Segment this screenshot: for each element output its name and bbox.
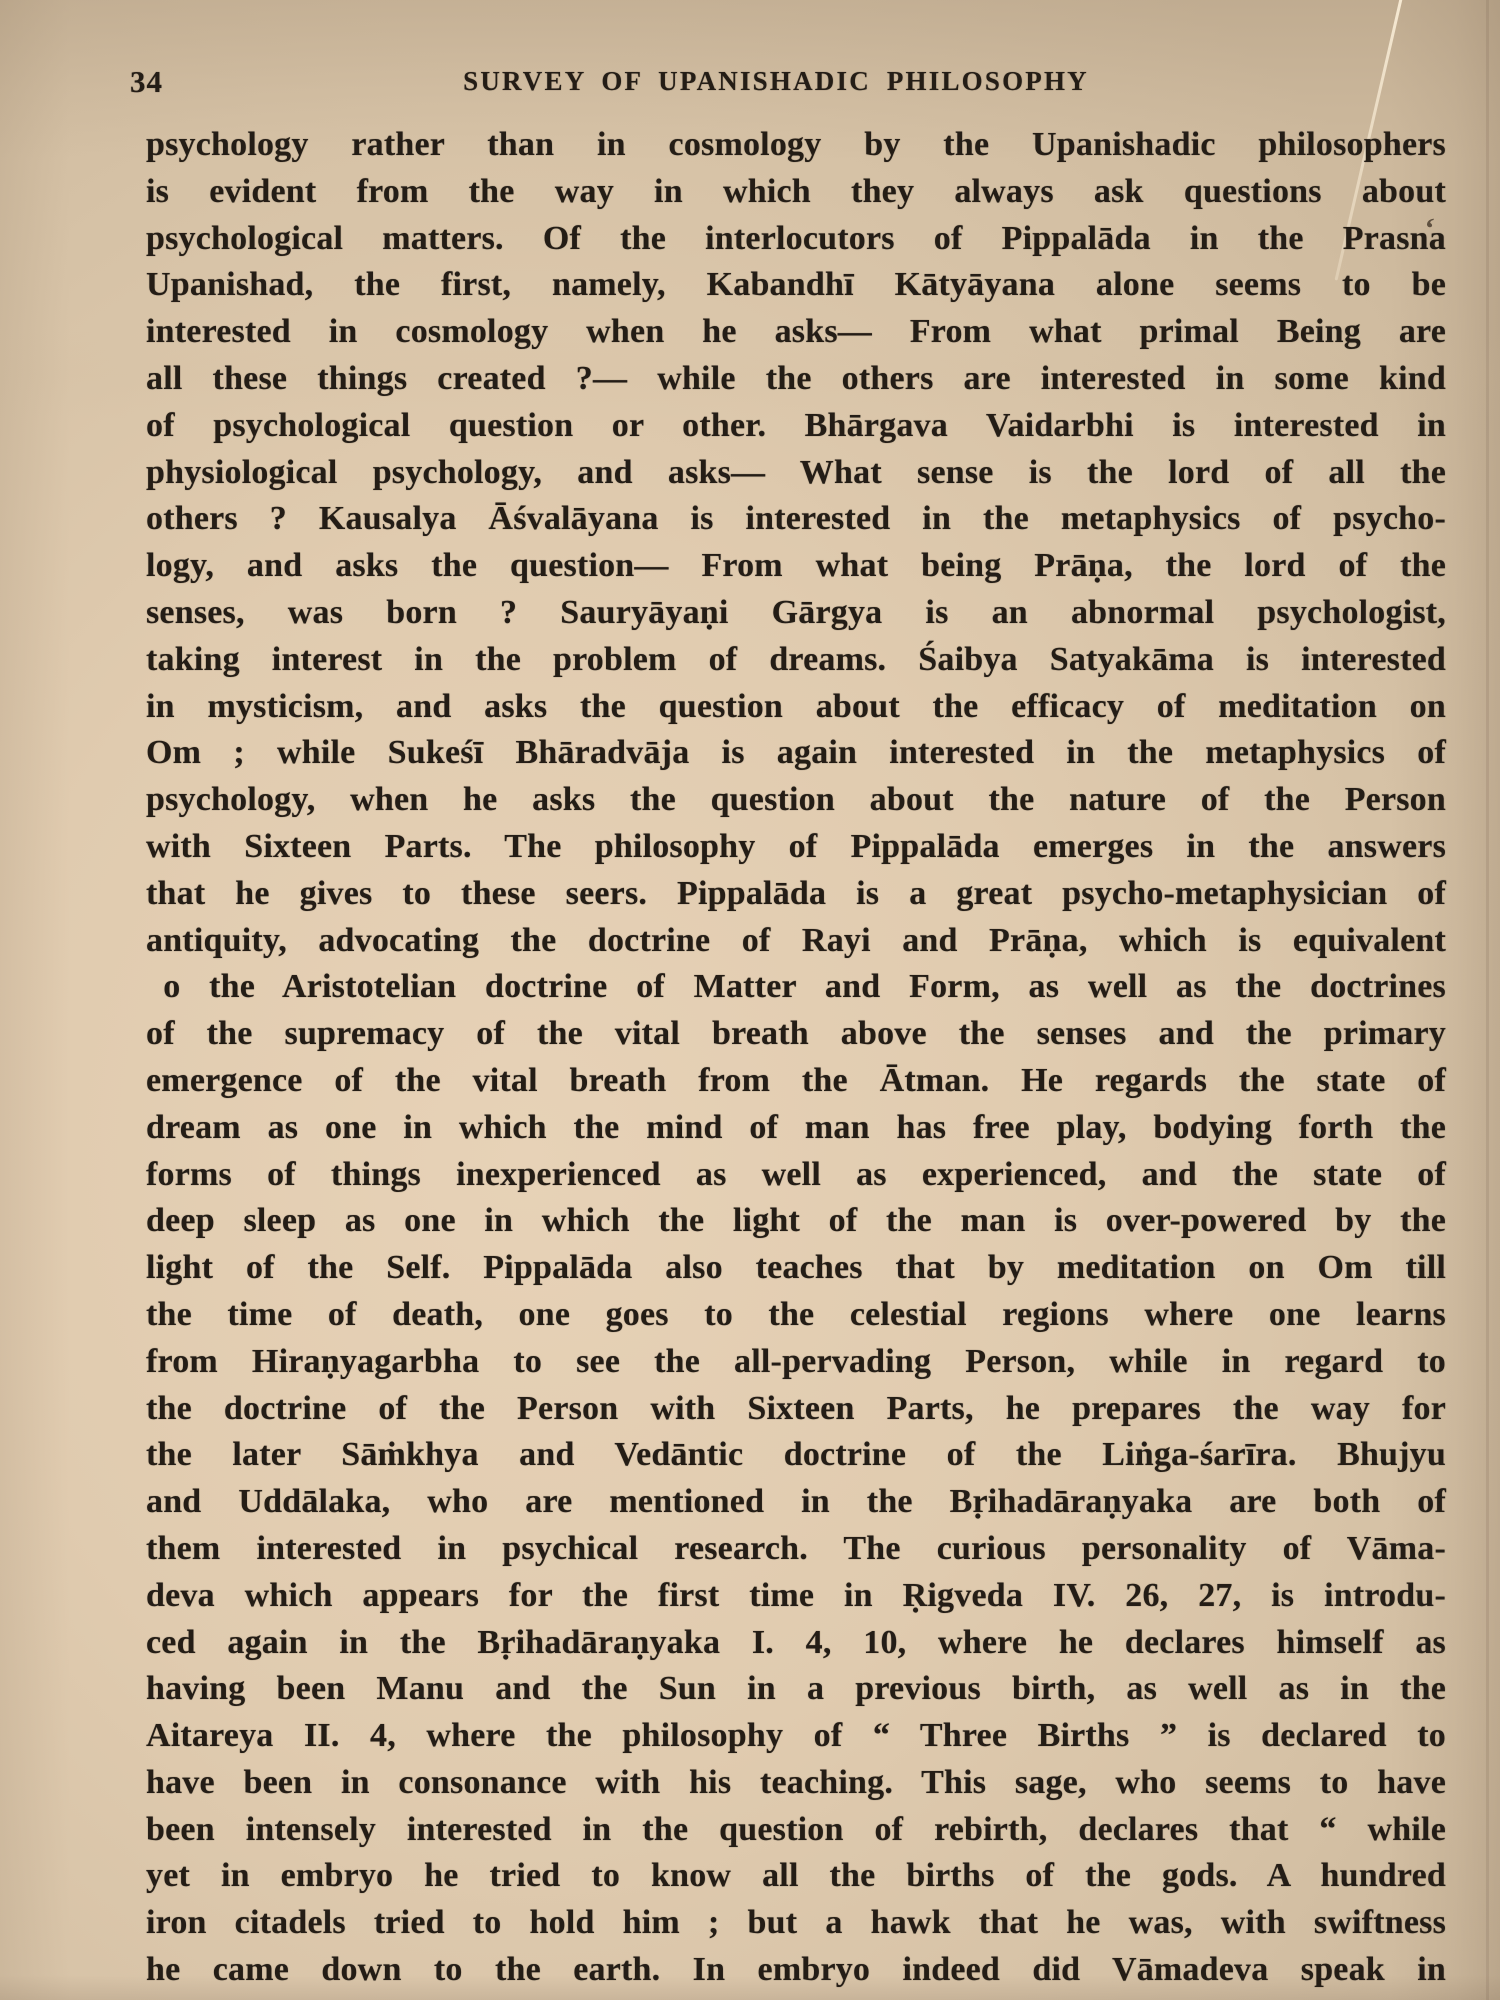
text-line: of the supremacy of the vital breath abo…	[146, 1011, 1446, 1058]
scanned-book-page: ʻ 34 SURVEY OF UPANISHADIC PHILOSOPHY ps…	[0, 0, 1500, 2000]
text-line: Upanishad, the first, namely, Kabandhī K…	[146, 262, 1446, 309]
text-line: Om ; while Sukeśī Bhāradvāja is again in…	[146, 730, 1446, 777]
text-line: psychology, when he asks the question ab…	[146, 777, 1446, 824]
text-line: of psychological question or other. Bhār…	[146, 403, 1446, 450]
text-line: deep sleep as one in which the light of …	[146, 1198, 1446, 1245]
text-line: is evident from the way in which they al…	[146, 169, 1446, 216]
text-line: forms of things inexperienced as well as…	[146, 1152, 1446, 1199]
text-line: emergence of the vital breath from the Ā…	[146, 1058, 1446, 1105]
text-line: interested in cosmology when he asks— Fr…	[146, 309, 1446, 356]
text-line: them interested in psychical research. T…	[146, 1526, 1446, 1573]
text-line: have been in consonance with his teachin…	[146, 1760, 1446, 1807]
text-line: with Sixteen Parts. The philosophy of Pi…	[146, 824, 1446, 871]
text-line: iron citadels tried to hold him ; but a …	[146, 1900, 1446, 1947]
text-line: taking interest in the problem of dreams…	[146, 637, 1446, 684]
text-line: ced again in the Bṛihadāraṇyaka I. 4, 10…	[146, 1620, 1446, 1667]
text-line: from Hiraṇyagarbha to see the all-pervad…	[146, 1339, 1446, 1386]
text-line: and Uddālaka, who are mentioned in the B…	[146, 1479, 1446, 1526]
text-line: been intensely interested in the questio…	[146, 1807, 1446, 1854]
text-line: antiquity, advocating the doctrine of Ra…	[146, 918, 1446, 965]
text-line: yet in embryo he tried to know all the b…	[146, 1853, 1446, 1900]
text-line: all these things created ?— while the ot…	[146, 356, 1446, 403]
text-line: dream as one in which the mind of man ha…	[146, 1105, 1446, 1152]
text-line: senses, was born ? Sauryāyaṇi Gārgya is …	[146, 590, 1446, 637]
text-line: others ? Kausalya Āśvalāyana is interest…	[146, 496, 1446, 543]
text-line: Aitareya II. 4, where the philosophy of …	[146, 1713, 1446, 1760]
text-line: logy, and asks the question— From what b…	[146, 543, 1446, 590]
text-line: he came down to the earth. In embryo ind…	[146, 1947, 1446, 1994]
body-text: psychology rather than in cosmology by t…	[146, 122, 1446, 1994]
text-line: psychology rather than in cosmology by t…	[146, 122, 1446, 169]
text-line: physiological psychology, and asks— What…	[146, 450, 1446, 497]
text-line: the later Sāṁkhya and Vedāntic doctrine …	[146, 1432, 1446, 1479]
text-line: that he gives to these seers. Pippalāda …	[146, 871, 1446, 918]
text-line: the time of death, one goes to the celes…	[146, 1292, 1446, 1339]
paper-crease-vertical	[1486, 0, 1489, 2000]
text-line: o the Aristotelian doctrine of Matter an…	[146, 964, 1446, 1011]
text-line: the doctrine of the Person with Sixteen …	[146, 1386, 1446, 1433]
text-line: in mysticism, and asks the question abou…	[146, 684, 1446, 731]
page-title: SURVEY OF UPANISHADIC PHILOSOPHY	[146, 66, 1406, 97]
text-line: psychological matters. Of the interlocut…	[146, 216, 1446, 263]
text-line: light of the Self. Pippalāda also teache…	[146, 1245, 1446, 1292]
text-line: having been Manu and the Sun in a previo…	[146, 1666, 1446, 1713]
text-line: deva which appears for the first time in…	[146, 1573, 1446, 1620]
running-head: 34 SURVEY OF UPANISHADIC PHILOSOPHY	[146, 62, 1446, 102]
